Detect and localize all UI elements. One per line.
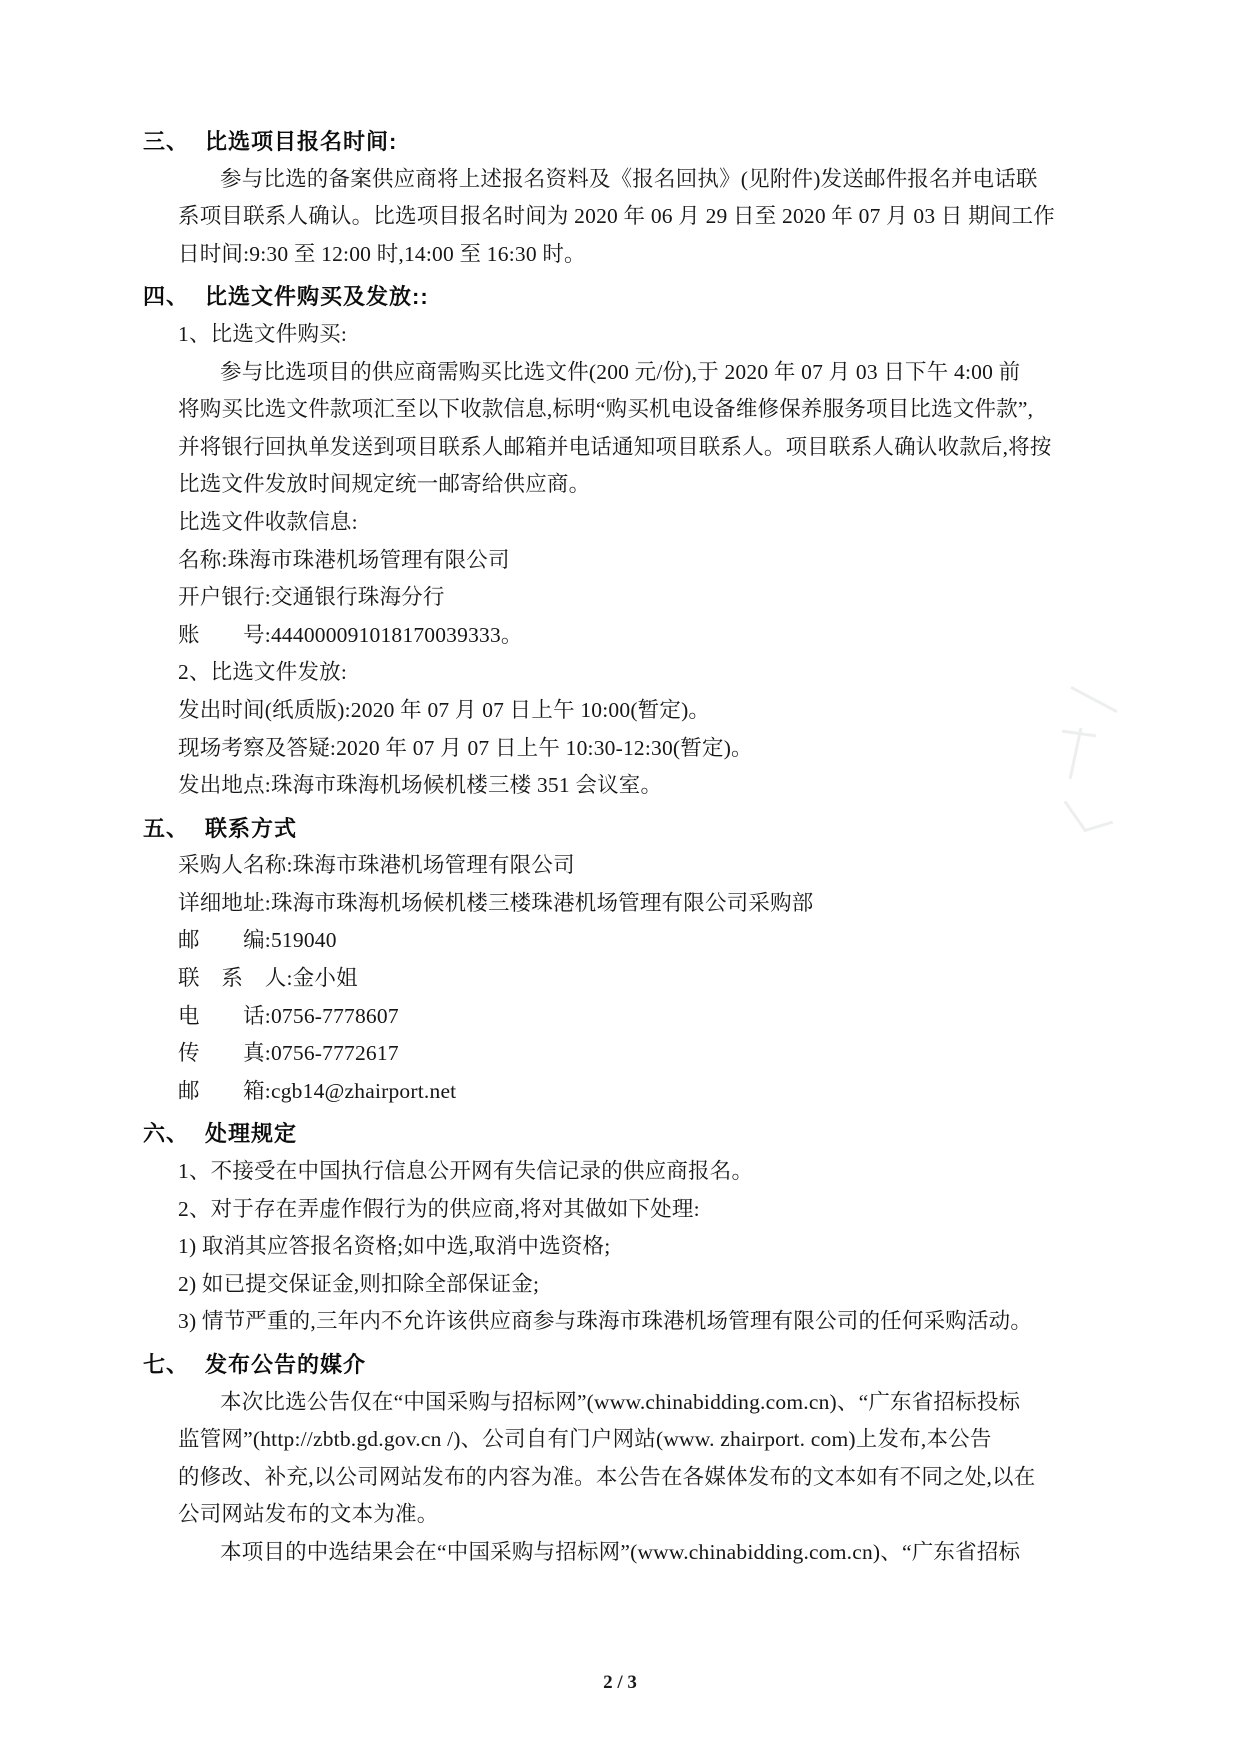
section-heading-3: 五、联系方式 [143,810,1110,848]
text-line: 名称:珠海市珠港机场管理有限公司 [178,542,1110,580]
text-line: 采购人名称:珠海市珠港机场管理有限公司 [178,847,1110,885]
section-number: 三、 [143,123,205,161]
text-line: 1、不接受在中国执行信息公开网有失信记录的供应商报名。 [178,1153,1110,1191]
section-title: 处理规定 [205,1115,297,1153]
section-heading-1: 三、比选项目报名时间: [143,123,1110,161]
text-line: 开户银行:交通银行珠海分行 [178,579,1110,617]
text-line: 监管网”(http://zbtb.gd.gov.cn /)、公司自有门户网站(w… [178,1421,1110,1459]
text-line: 邮 编:519040 [178,922,1110,960]
section-number: 七、 [143,1346,205,1384]
text-line: 日时间:9:30 至 12:00 时,14:00 至 16:30 时。 [178,236,1110,274]
text-line: 比选文件收款信息: [178,504,1110,542]
text-line: 公司网站发布的文本为准。 [178,1496,1110,1534]
text-line: 将购买比选文件款项汇至以下收款信息,标明“购买机电设备维修保养服务项目比选文件款… [178,391,1110,429]
text-line: 的修改、补充,以公司网站发布的内容为准。本公告在各媒体发布的文本如有不同之处,以… [178,1459,1110,1497]
section-heading-2: 四、比选文件购买及发放:: [143,278,1110,316]
text-line: 3) 情节严重的,三年内不允许该供应商参与珠海市珠港机场管理有限公司的任何采购活… [178,1303,1110,1341]
text-line: 2、比选文件发放: [178,654,1110,692]
section-title: 比选项目报名时间: [205,123,397,161]
section-number: 五、 [143,810,205,848]
text-line: 邮 箱:cgb14@zhairport.net [178,1073,1110,1111]
text-line: 发出时间(纸质版):2020 年 07 月 07 日上午 10:00(暂定)。 [178,692,1110,730]
text-line: 参与比选的备案供应商将上述报名资料及《报名回执》(见附件)发送邮件报名并电话联 [178,161,1110,199]
text-line: 现场考察及答疑:2020 年 07 月 07 日上午 10:30-12:30(暂… [178,730,1110,768]
text-line: 电 话:0756-7778607 [178,998,1110,1036]
section-title: 比选文件购买及发放:: [205,278,429,316]
text-line: 2、对于存在弄虚作假行为的供应商,将对其做如下处理: [178,1191,1110,1229]
document-content: 三、比选项目报名时间:参与比选的备案供应商将上述报名资料及《报名回执》(见附件)… [178,118,1110,1572]
scanned-document-page: 三、比选项目报名时间:参与比选的备案供应商将上述报名资料及《报名回执》(见附件)… [0,0,1240,1753]
text-line: 账 号:444000091018170039333。 [178,617,1110,655]
text-line: 1、比选文件购买: [178,316,1110,354]
text-line: 联 系 人:金小姐 [178,960,1110,998]
text-line: 比选文件发放时间规定统一邮寄给供应商。 [178,466,1110,504]
text-line: 2) 如已提交保证金,则扣除全部保证金; [178,1266,1110,1304]
text-line: 详细地址:珠海市珠海机场候机楼三楼珠港机场管理有限公司采购部 [178,885,1110,923]
text-line: 本次比选公告仅在“中国采购与招标网”(www.chinabidding.com.… [178,1384,1110,1422]
text-line: 并将银行回执单发送到项目联系人邮箱并电话通知项目联系人。项目联系人确认收款后,将… [178,429,1110,467]
text-line: 1) 取消其应答报名资格;如中选,取消中选资格; [178,1228,1110,1266]
text-line: 传 真:0756-7772617 [178,1035,1110,1073]
text-line: 发出地点:珠海市珠海机场候机楼三楼 351 会议室。 [178,767,1110,805]
section-heading-5: 七、发布公告的媒介 [143,1346,1110,1384]
text-line: 本项目的中选结果会在“中国采购与招标网”(www.chinabidding.co… [178,1534,1110,1572]
section-heading-4: 六、处理规定 [143,1115,1110,1153]
section-title: 发布公告的媒介 [205,1346,366,1384]
page-number: 2 / 3 [0,1672,1240,1694]
section-title: 联系方式 [205,810,297,848]
text-line: 系项目联系人确认。比选项目报名时间为 2020 年 06 月 29 日至 202… [178,198,1110,236]
section-number: 四、 [143,278,205,316]
section-number: 六、 [143,1115,205,1153]
text-line: 参与比选项目的供应商需购买比选文件(200 元/份),于 2020 年 07 月… [178,354,1110,392]
